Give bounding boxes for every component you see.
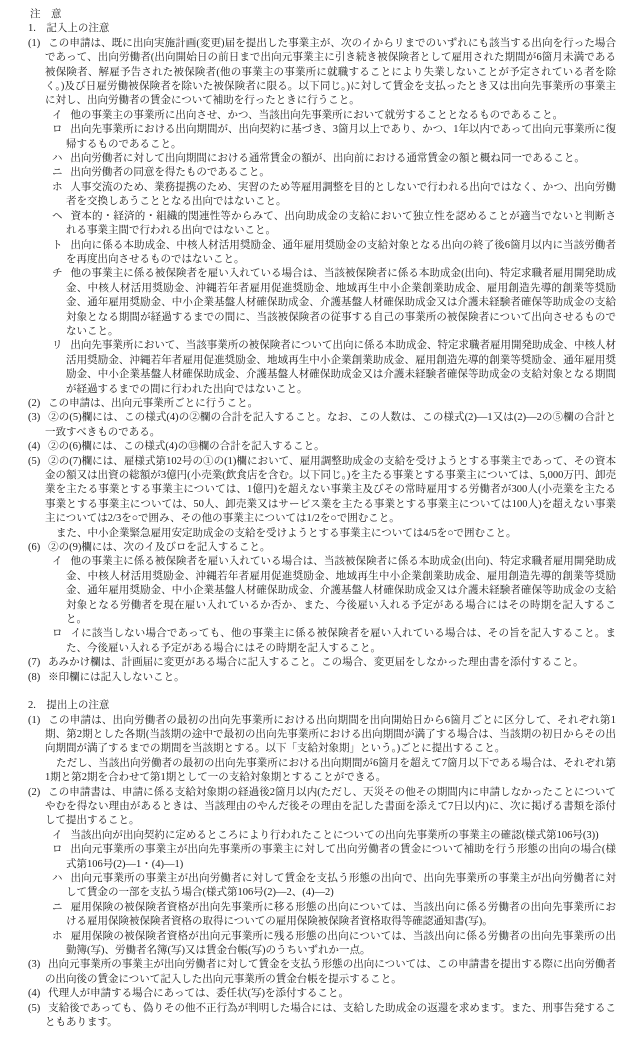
item-text: 出向元事業所の事業主が出向労働者に対して賃金を支払う形態の出向で、出向先事業所の… bbox=[66, 873, 616, 898]
item-text: 雇用保険の被保険者資格が出向先事業所に移る形態の出向については、当該出向に係る労… bbox=[66, 902, 616, 927]
list-item: また、中小企業緊急雇用安定助成金の支給を受けようとする事業主については4/5を○… bbox=[0, 527, 616, 541]
list-item: ニ出向労働者の同意を得たものであること。 bbox=[0, 166, 616, 180]
list-item: (3)出向元事業所の事業主が出向労働者に対して賃金を支払う形態の出向については、… bbox=[0, 958, 616, 987]
list-item: リ出向先事業所において、当該事業所の被保険者について出向に係る本助成金、特定求職… bbox=[0, 339, 616, 397]
list-item: (3)②の(5)欄には、この様式(4)の②欄の合計を記入すること。なお、この人数… bbox=[0, 411, 616, 440]
list-item: ロ出向元事業所の事業主が出向先事業所の事業主に対して出向労働者の賃金について補助… bbox=[0, 843, 616, 872]
list-item: (4)②の(6)欄には、この様式(4)の⑬欄の合計を記入すること。 bbox=[0, 440, 616, 454]
item-text: あみかけ欄は、計画届に変更がある場合に記入すること。この場合、変更届をしなかった… bbox=[48, 657, 584, 668]
item-label: (4) bbox=[28, 988, 48, 999]
item-text: 支給後であっても、偽りその他不正行為が判明した場合には、支給した助成金の返還を求… bbox=[45, 1003, 616, 1028]
item-text: 出向先事業所において、当該事業所の被保険者について出向に係る本助成金、特定求職者… bbox=[66, 340, 616, 394]
list-item: (5)②の(7)欄には、雇様式第102号の①の(1)欄において、雇用調整助成金の… bbox=[0, 455, 616, 527]
section-heading: 1. 記入上の注意 bbox=[28, 22, 616, 36]
item-text: ※印欄には記入しないこと。 bbox=[48, 672, 185, 683]
list-item: ニ雇用保険の被保険者資格が出向先事業所に移る形態の出向については、当該出向に係る… bbox=[0, 901, 616, 930]
item-label: ホ bbox=[52, 931, 71, 942]
item-label: (5) bbox=[28, 1003, 48, 1014]
item-text: ただし、当該出向労働者の最初の出向先事業所における出向期間が6箇月を超えて7箇月… bbox=[45, 758, 616, 783]
section-heading: 2. 提出上の注意 bbox=[28, 699, 616, 713]
item-label: (2) bbox=[28, 398, 48, 409]
item-label: (3) bbox=[28, 412, 48, 423]
item-text: 出向元事業所の事業主が出向先事業所の事業主に対して出向労働者の賃金について補助を… bbox=[66, 844, 616, 869]
item-text: 出向元事業所の事業主が出向労働者に対して賃金を支払う形態の出向については、この申… bbox=[45, 959, 616, 984]
item-label: チ bbox=[52, 268, 70, 279]
item-text: 当該出向が出向契約に定めるところにより行われたことについての出向先事業所の事業主… bbox=[70, 830, 598, 841]
item-text: 他の事業主の事業所に出向させ、かつ、当該出向先事業所において就労することとなるも… bbox=[70, 110, 563, 121]
list-item: イ当該出向が出向契約に定めるところにより行われたことについての出向先事業所の事業… bbox=[0, 829, 616, 843]
item-label: ハ bbox=[52, 153, 70, 164]
item-label: ロ bbox=[52, 124, 70, 135]
section-items: (1)この申請は、既に出向実施計画(変更)届を提出した事業主が、次のイからリまで… bbox=[0, 37, 616, 685]
item-label: (8) bbox=[28, 672, 48, 683]
page-title: 注 意 bbox=[30, 8, 616, 22]
item-text: この申請は、既に出向実施計画(変更)届を提出した事業主が、次のイからリまでのいず… bbox=[45, 38, 616, 107]
list-item: ト出向に係る本助成金、中核人材活用奨励金、通年雇用奨励金の支給対象となる出向の終… bbox=[0, 239, 616, 268]
item-text: この申請は、出向元事業所ごとに行うこと。 bbox=[48, 398, 258, 409]
item-text: 出向に係る本助成金、中核人材活用奨励金、通年雇用奨励金の支給対象となる出向の終了… bbox=[66, 240, 616, 265]
item-text: また、中小企業緊急雇用安定助成金の支給を受けようとする事業主については4/5を○… bbox=[56, 528, 517, 539]
item-label: ホ bbox=[52, 182, 70, 193]
item-label: リ bbox=[52, 340, 70, 351]
item-label: (3) bbox=[28, 959, 48, 970]
item-label: (1) bbox=[28, 38, 48, 49]
item-label: ロ bbox=[52, 628, 71, 639]
list-item: (5)支給後であっても、偽りその他不正行為が判明した場合には、支給した助成金の返… bbox=[0, 1002, 616, 1031]
item-label: (1) bbox=[28, 715, 48, 726]
section-items: (1)この申請は、出向労働者の最初の出向先事業所における出向期間を出向開始日から… bbox=[0, 714, 616, 1031]
list-item: ハ出向元事業所の事業主が出向労働者に対して賃金を支払う形態の出向で、出向先事業所… bbox=[0, 872, 616, 901]
list-item: イ他の事業主の事業所に出向させ、かつ、当該出向先事業所において就労することとなる… bbox=[0, 109, 616, 123]
item-label: ニ bbox=[52, 902, 71, 913]
list-item: (8)※印欄には記入しないこと。 bbox=[0, 671, 616, 685]
item-text: 人事交流のため、業務提携のため、実習のため等雇用調整を目的としないで行われる出向… bbox=[66, 182, 616, 207]
item-label: イ bbox=[52, 830, 70, 841]
list-item: (4)代理人が申請する場合にあっては、委任状(写)を添付すること。 bbox=[0, 987, 616, 1001]
item-text: ②の(5)欄には、この様式(4)の②欄の合計を記入すること。なお、この人数は、こ… bbox=[45, 412, 616, 437]
item-label: イ bbox=[52, 556, 70, 567]
list-item: (7)あみかけ欄は、計画届に変更がある場合に記入すること。この場合、変更届をしな… bbox=[0, 656, 616, 670]
item-text: この申請は、出向労働者の最初の出向先事業所における出向期間を出向開始日から6箇月… bbox=[45, 715, 616, 755]
item-text: この申請書は、申請に係る支給対象期の経過後2箇月以内(ただし、天災その他その期間… bbox=[45, 787, 616, 827]
item-label: ハ bbox=[52, 873, 71, 884]
list-item: (2)この申請書は、申請に係る支給対象期の経過後2箇月以内(ただし、天災その他そ… bbox=[0, 786, 616, 829]
item-text: 雇用保険の被保険者資格が出向元事業所に残る形態の出向については、当該出向に係る労… bbox=[66, 931, 616, 956]
item-text: 出向労働者に対して出向期間における通常賃金の額が、出向前における通常賃金の額と概… bbox=[70, 153, 585, 164]
item-label: ニ bbox=[52, 167, 70, 178]
item-label: ヘ bbox=[52, 211, 71, 222]
item-label: (5) bbox=[28, 456, 48, 467]
list-item: イ他の事業主に係る被保険者を雇い入れている場合は、当該被保険者に係る本助成金(出… bbox=[0, 555, 616, 627]
item-label: (7) bbox=[28, 657, 48, 668]
section-submission-notes: 2. 提出上の注意 (1)この申請は、出向労働者の最初の出向先事業所における出向… bbox=[0, 699, 616, 1030]
item-label: イ bbox=[52, 110, 70, 121]
list-item: ホ雇用保険の被保険者資格が出向元事業所に残る形態の出向については、当該出向に係る… bbox=[0, 930, 616, 959]
notice-document: 注 意 1. 記入上の注意 (1)この申請は、既に出向実施計画(変更)届を提出し… bbox=[0, 0, 630, 1040]
item-text: 代理人が申請する場合にあっては、委任状(写)を添付すること。 bbox=[48, 988, 349, 999]
section-fill-in-notes: 1. 記入上の注意 (1)この申請は、既に出向実施計画(変更)届を提出した事業主… bbox=[0, 22, 616, 685]
list-item: ハ出向労働者に対して出向期間における通常賃金の額が、出向前における通常賃金の額と… bbox=[0, 152, 616, 166]
item-text: 他の事業主に係る被保険者を雇い入れている場合は、当該被保険者に係る本助成金(出向… bbox=[66, 268, 616, 337]
item-text: ②の(9)欄には、次のイ及びロを記入すること。 bbox=[48, 542, 270, 553]
list-item: ロイに該当しない場合であっても、他の事業主に係る被保険者を雇い入れている場合は、… bbox=[0, 627, 616, 656]
list-item: ロ出向先事業所における出向期間が、出向契約に基づき、3箇月以上であり、かつ、1年… bbox=[0, 123, 616, 152]
item-text: 出向先事業所における出向期間が、出向契約に基づき、3箇月以上であり、かつ、1年以… bbox=[66, 124, 616, 149]
item-label: (6) bbox=[28, 542, 48, 553]
item-text: 出向労働者の同意を得たものであること。 bbox=[70, 167, 270, 178]
item-label: (4) bbox=[28, 441, 48, 452]
list-item: ヘ資本的・経済的・組織的関連性等からみて、出向助成金の支給において独立性を認める… bbox=[0, 210, 616, 239]
list-item: (1)この申請は、出向労働者の最初の出向先事業所における出向期間を出向開始日から… bbox=[0, 714, 616, 757]
list-item: (2)この申請は、出向元事業所ごとに行うこと。 bbox=[0, 397, 616, 411]
item-text: 資本的・経済的・組織的関連性等からみて、出向助成金の支給において独立性を認めるこ… bbox=[66, 211, 616, 236]
item-text: ②の(7)欄には、雇様式第102号の①の(1)欄において、雇用調整助成金の支給を… bbox=[45, 456, 616, 525]
item-label: (2) bbox=[28, 787, 48, 798]
list-item: チ他の事業主に係る被保険者を雇い入れている場合は、当該被保険者に係る本助成金(出… bbox=[0, 267, 616, 339]
item-label: ロ bbox=[52, 844, 71, 855]
list-item: ただし、当該出向労働者の最初の出向先事業所における出向期間が6箇月を超えて7箇月… bbox=[0, 757, 616, 786]
list-item: (1)この申請は、既に出向実施計画(変更)届を提出した事業主が、次のイからリまで… bbox=[0, 37, 616, 109]
list-item: (6)②の(9)欄には、次のイ及びロを記入すること。 bbox=[0, 541, 616, 555]
document-page: { "page": { "title": "注 意" }, "sections"… bbox=[0, 0, 630, 1040]
item-text: イに該当しない場合であっても、他の事業主に係る被保険者を雇い入れている場合は、そ… bbox=[66, 628, 616, 653]
list-item: ホ人事交流のため、業務提携のため、実習のため等雇用調整を目的としないで行われる出… bbox=[0, 181, 616, 210]
item-text: ②の(6)欄には、この様式(4)の⑬欄の合計を記入すること。 bbox=[48, 441, 325, 452]
item-text: 他の事業主に係る被保険者を雇い入れている場合は、当該被保険者に係る本助成金(出向… bbox=[66, 556, 616, 625]
item-label: ト bbox=[52, 240, 70, 251]
